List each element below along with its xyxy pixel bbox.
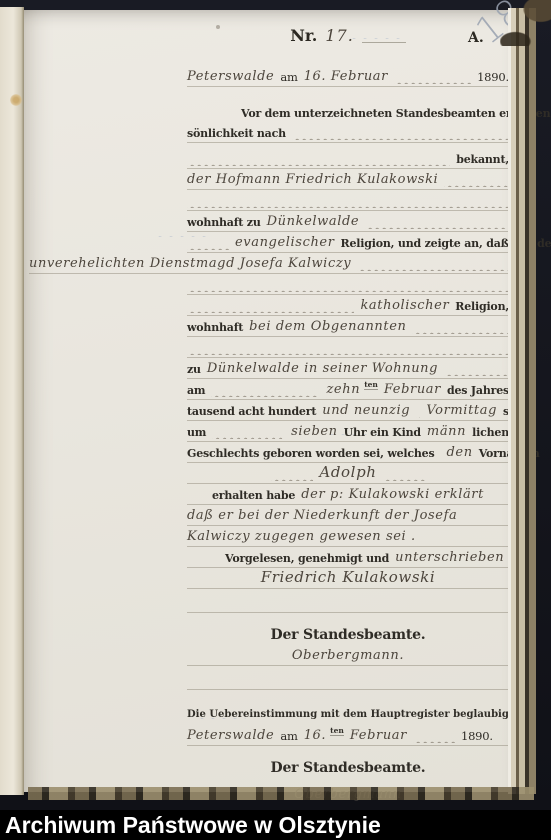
handwritten-entry: Vormittag <box>426 403 497 418</box>
handwritten-entry: Adolph <box>319 463 376 481</box>
handwritten-entry: männ <box>427 424 466 439</box>
handwritten-entry: Dünkelwalde in seiner Wohnung <box>207 361 438 376</box>
erhalten-line: erhalten habeder p: Kulakowski erklärt <box>187 484 509 505</box>
ink-flourish <box>187 197 509 208</box>
handwritten-entry: der p: Kulakowski erklärt <box>301 487 484 502</box>
ink-flourish <box>187 155 450 166</box>
religion-line-1: evangelischerReligion, und zeigte an, da… <box>187 232 509 253</box>
document-lines: Peterswaldeam16. Februar 1890.Vor dem un… <box>187 66 509 804</box>
vorgelesen-line: Vorgelesen, genehmigt undunterschrieben <box>187 547 509 568</box>
printed-text: des Jahres <box>447 384 509 397</box>
printed-text: am <box>280 70 297 84</box>
record-number-row: Nr. 17. <box>187 26 509 45</box>
ink-flourish <box>416 407 420 418</box>
handwritten-entry: und neunzig <box>322 403 410 418</box>
record-number-value: 17. <box>325 26 353 45</box>
printed-text: Der Standesbeamte. <box>271 760 426 776</box>
printed-text: Vorgelesen, genehmigt und <box>225 552 389 565</box>
residence-line-2: wohnhaftbei dem Obgenannten <box>187 316 509 337</box>
page-block-edge <box>508 8 536 794</box>
printed-text: erhalten habe <box>212 489 295 502</box>
printed-superscript: ten <box>330 726 344 736</box>
ink-flourish <box>187 344 509 355</box>
child-name-line: Adolph <box>187 463 509 484</box>
note-line-3: Kalwiczy zugegen gewesen sei . <box>187 526 509 547</box>
handwritten-entry: Februar <box>384 382 441 397</box>
ink-flourish <box>271 470 313 481</box>
printed-text: wohnhaft <box>187 321 243 334</box>
ink-flourish <box>412 323 509 334</box>
flourish-line <box>187 274 509 295</box>
archive-caption-bar: Archiwum Państwowe w Olsztynie <box>0 810 551 840</box>
registrar-title-1: Der Standesbeamte. <box>187 624 509 645</box>
handwritten-entry: Dünkelwalde <box>267 214 360 229</box>
birthtime-line: um siebenUhr ein Kindmännlichen <box>187 421 509 442</box>
handwritten-entry: den <box>446 445 472 460</box>
birthyear-line: tausend acht hundertund neunzig Vormitta… <box>187 400 509 421</box>
certification-line: Die Uebereinstimmung mit dem Hauptregist… <box>187 701 509 722</box>
ink-flourish <box>187 302 354 313</box>
registrar-signature-1: Oberbergmann. <box>187 645 509 666</box>
ink-flourish <box>365 218 509 229</box>
record-number-rule <box>362 42 406 43</box>
handwritten-entry: zehn <box>326 382 360 397</box>
declarant-signature: Friedrich Kulakowski <box>187 568 509 589</box>
record-number-label: Nr. <box>290 26 317 45</box>
handwritten-entry: daß er bei der Niederkunft der Josefa <box>187 508 457 523</box>
residence-line: wohnhaft zuDünkelwalde <box>187 211 509 232</box>
handwritten-entry: katholischer <box>360 298 449 313</box>
handwritten-entry: 16. Februar <box>304 69 388 84</box>
ink-flourish <box>212 428 285 439</box>
ink-flourish <box>444 176 509 187</box>
dateline-bottom: Peterswaldeam16.tenFebruar 1890. <box>187 725 509 746</box>
ink-flourish <box>292 129 509 140</box>
handwritten-entry: Kalwiczy zugegen gewesen sei . <box>187 529 416 544</box>
handwritten-entry: evangelischer <box>235 235 335 250</box>
printed-text: um <box>187 426 206 439</box>
ink-flourish <box>394 73 471 84</box>
left-page <box>0 7 24 795</box>
printed-text: Der Standesbeamte. <box>271 627 426 643</box>
printed-text: bekannt, <box>456 153 509 166</box>
archive-caption-text: Archiwum Państwowe w Olsztynie <box>0 812 381 839</box>
printed-text: sönlichkeit nach <box>187 127 286 140</box>
birthplace-line: zuDünkelwalde in seiner Wohnung <box>187 358 509 379</box>
handwritten-entry: Peterswalde <box>187 69 274 84</box>
mother-line: unverehelichten Dienstmagd Josefa Kalwic… <box>29 253 509 274</box>
page-stain <box>10 94 22 106</box>
handwritten-entry: unverehelichten Dienstmagd Josefa Kalwic… <box>29 256 351 271</box>
ink-flourish <box>211 386 320 397</box>
handwritten-entry: bei dem Obgenannten <box>249 319 406 334</box>
handwritten-entry: Februar <box>350 728 407 743</box>
ink-flourish <box>444 365 509 376</box>
handwritten-entry: sieben <box>291 424 338 439</box>
register-page: 18 A. Nr. 17. Peterswaldeam16. Februar 1… <box>24 10 508 792</box>
printed-text: 1890. <box>477 70 509 84</box>
ink-flourish <box>187 239 229 250</box>
printed-text: tausend acht hundert <box>187 405 316 418</box>
printed-text: Geschlechts geboren worden sei, welches <box>187 447 434 460</box>
binding-corner <box>500 0 551 46</box>
printed-text: am <box>187 384 205 397</box>
intro-line-2: sönlichkeit nach <box>187 122 509 143</box>
dateline-top: Peterswaldeam16. Februar 1890. <box>187 66 509 87</box>
book-photo: 18 A. Nr. 17. Peterswaldeam16. Februar 1… <box>0 0 551 810</box>
declarant-line: der Hofmann Friedrich Kulakowski <box>187 169 509 190</box>
gender-line: Geschlechts geboren worden sei, welches … <box>187 442 509 463</box>
handwritten-entry: der Hofmann Friedrich Kulakowski <box>187 172 438 187</box>
handwritten-entry: 16. <box>304 728 326 743</box>
printed-text: am <box>280 729 297 743</box>
blank-rule <box>187 592 509 613</box>
handwritten-entry: unterschrieben <box>395 550 504 565</box>
flourish-line <box>187 190 509 211</box>
blank-rule <box>187 669 509 690</box>
printed-text: Vor dem unterzeichneten Standesbeamten e… <box>241 107 551 120</box>
note-line-2: daß er bei der Niederkunft der Josefa <box>187 505 509 526</box>
printed-text: wohnhaft zu <box>187 216 261 229</box>
flourish-line <box>187 337 509 358</box>
birthdate-line: am zehntenFebruardes Jahres <box>187 379 509 400</box>
handwritten-entry: Friedrich Kulakowski <box>261 568 435 586</box>
printed-text: lichen <box>472 426 509 439</box>
ink-flourish <box>357 260 509 271</box>
printed-text: Die Uebereinstimmung mit dem Hauptregist… <box>187 709 517 720</box>
printed-text: Religion, <box>455 300 509 313</box>
printed-text: 1890. <box>461 729 493 743</box>
religion-line-2: katholischerReligion, <box>187 295 509 316</box>
intro-line-1: Vor dem unterzeichneten Standesbeamten e… <box>187 101 509 122</box>
page-bottom-edge <box>28 787 534 800</box>
ink-flourish <box>413 732 455 743</box>
printed-text: zu <box>187 363 201 376</box>
bekannt-line: bekannt, <box>187 148 509 169</box>
registrar-title-2: Der Standesbeamte. <box>187 757 509 778</box>
handwritten-entry: Oberbergmann. <box>292 648 404 663</box>
handwritten-entry: Peterswalde <box>187 728 274 743</box>
ink-flourish <box>187 281 509 292</box>
printed-text: Uhr ein Kind <box>344 426 421 439</box>
ink-flourish <box>383 470 425 481</box>
printed-superscript: ten <box>364 380 378 390</box>
